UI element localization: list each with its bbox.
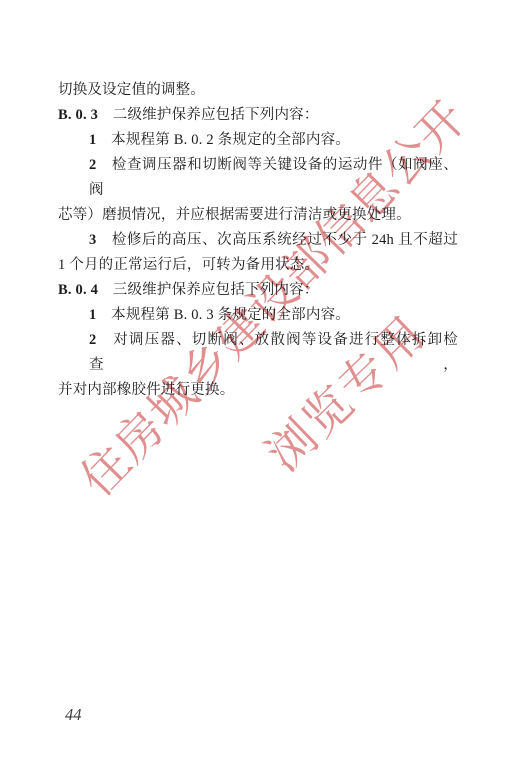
line-text: 检查调压器和切断阀等关键设备的运动件（如阀座、阀 [89, 157, 458, 198]
line-text: 芯等）磨损情况，并应根据需要进行清洁或更换处理。 [58, 207, 411, 223]
b04-item-2-continuation: 并对内部橡胶件进行更换。 [58, 378, 458, 403]
document-page: 住房城乡建设部信息公开 浏览专用 切换及设定值的调整。 B. 0. 3 二级维护… [0, 0, 529, 766]
b03-item-3: 3 检修后的高压、次高压系统经过不少于 24h 且不超过 [58, 228, 458, 253]
continuation-line: 切换及设定值的调整。 [58, 78, 458, 103]
b03-item-2: 2 检查调压器和切断阀等关键设备的运动件（如阀座、阀 [58, 153, 458, 203]
line-text: 本规程第 B. 0. 3 条规定的全部内容。 [96, 307, 350, 323]
line-text: 并对内部橡胶件进行更换。 [58, 382, 234, 398]
clause-label: B. 0. 3 [58, 107, 98, 123]
line-text: 对调压器、切断阀、放散阀等设备进行整体拆卸检查， [89, 332, 458, 373]
body-text-block: 切换及设定值的调整。 B. 0. 3 二级维护保养应包括下列内容： 1 本规程第… [58, 78, 458, 403]
clause-b-0-4-heading: B. 0. 4 三级维护保养应包括下列内容： [58, 278, 458, 303]
line-text: 本规程第 B. 0. 2 条规定的全部内容。 [96, 132, 350, 148]
b04-item-1: 1 本规程第 B. 0. 3 条规定的全部内容。 [58, 303, 458, 328]
clause-b-0-3-heading: B. 0. 3 二级维护保养应包括下列内容： [58, 103, 458, 128]
b03-item-3-continuation: 1 个月的正常运行后，可转为备用状态。 [58, 253, 458, 278]
b03-item-2-continuation: 芯等）磨损情况，并应根据需要进行清洁或更换处理。 [58, 203, 458, 228]
b04-item-2: 2 对调压器、切断阀、放散阀等设备进行整体拆卸检查， [58, 328, 458, 378]
clause-label: B. 0. 4 [58, 282, 98, 298]
line-text: 切换及设定值的调整。 [58, 82, 205, 98]
page-number: 44 [65, 705, 82, 725]
line-text: 三级维护保养应包括下列内容： [98, 282, 319, 298]
b03-item-1: 1 本规程第 B. 0. 2 条规定的全部内容。 [58, 128, 458, 153]
line-text: 二级维护保养应包括下列内容： [98, 107, 319, 123]
line-text: 1 个月的正常运行后，可转为备用状态。 [58, 257, 319, 273]
line-text: 检修后的高压、次高压系统经过不少于 24h 且不超过 [96, 232, 458, 248]
